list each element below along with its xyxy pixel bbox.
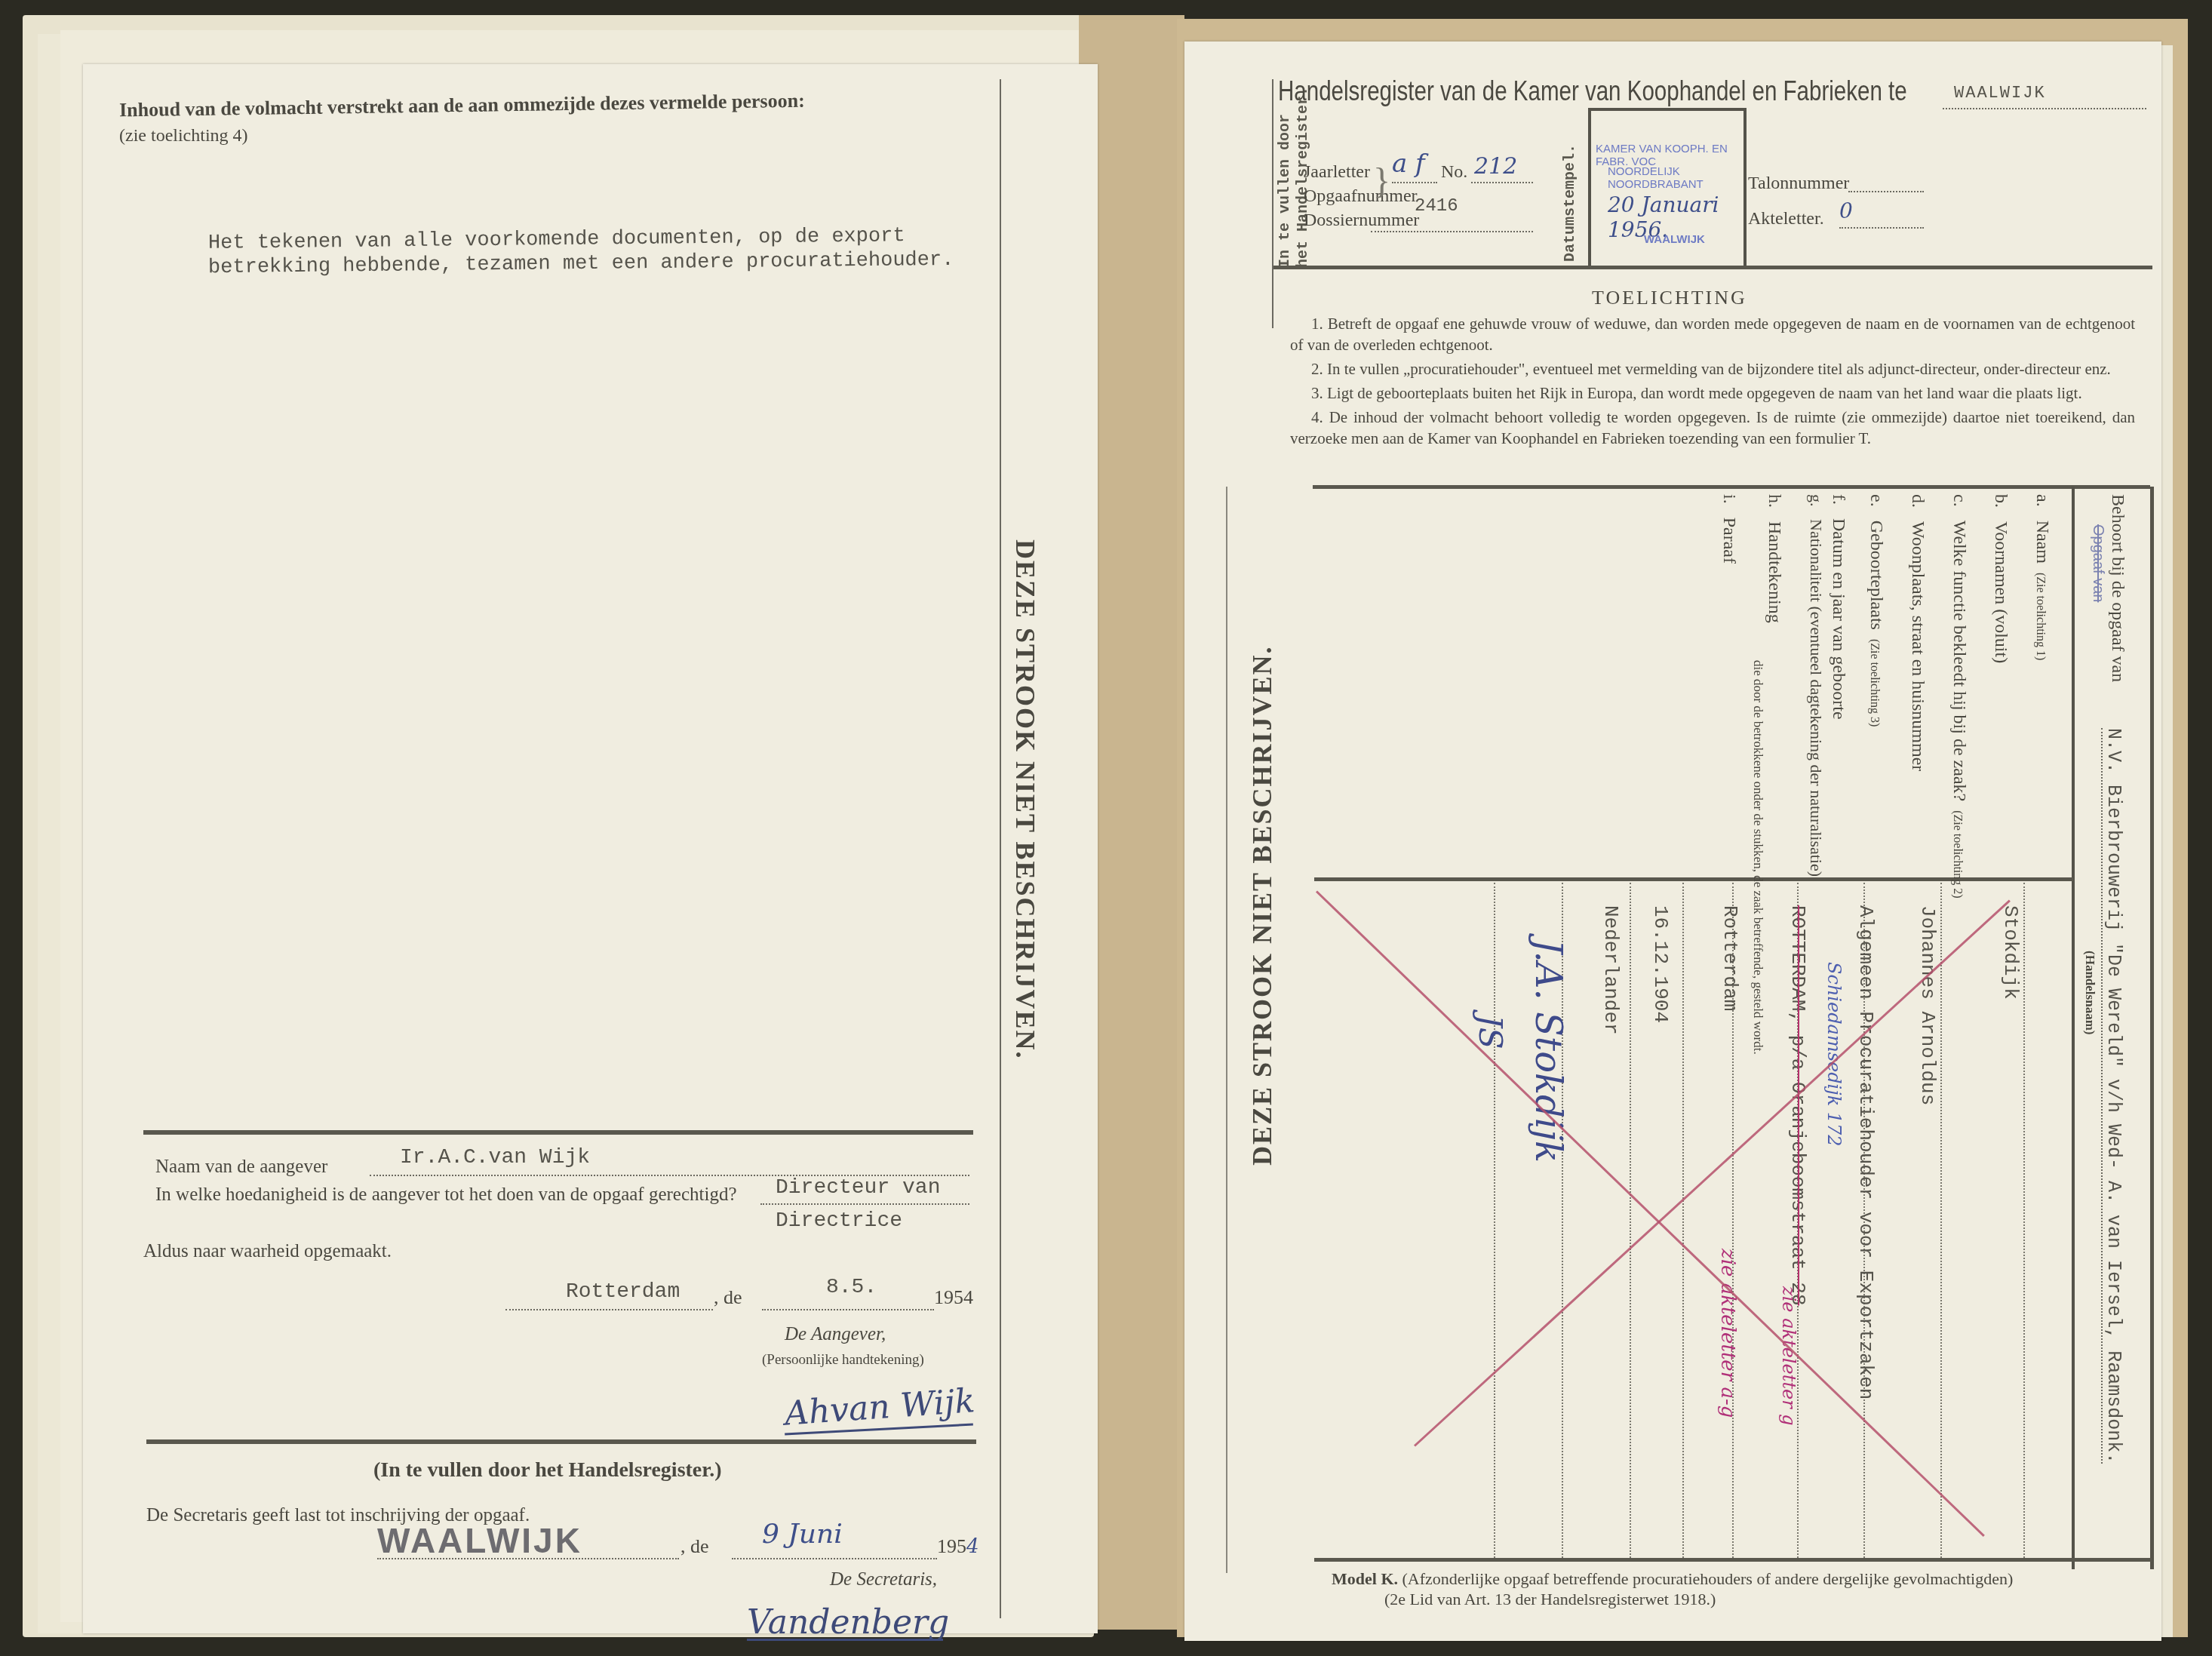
form-footer: Model K. (Afzonderlijke opgaaf betreffen… xyxy=(1332,1569,2013,1589)
left-page: Inhoud van de volmacht verstrekt aan de … xyxy=(83,64,1098,1633)
value-naam: Stokdijk xyxy=(1999,905,2022,1000)
row-note: (Zie toelichting 3) xyxy=(1868,639,1881,727)
side-label-border xyxy=(1272,79,1273,328)
toelichting-title: TOELICHTING xyxy=(1592,287,1747,309)
register-title: Handelsregister van de Kamer van Koophan… xyxy=(1278,75,1907,107)
row-label: Welke functie bekleedt hij bij de zaak? xyxy=(1949,521,1969,802)
row-e-label: e. Geboorteplaats (Zie toelichting 3) xyxy=(1866,494,1886,727)
jaarletter-value: a f xyxy=(1392,149,1425,179)
row-letter: e. xyxy=(1866,494,1886,507)
behoort-value: N.V. Bierbrouwerij "De Wereld" v/h Wed- … xyxy=(2101,728,2124,1464)
row-f-label: f. Datum en jaar van geboorte xyxy=(1828,494,1848,720)
table-right-border xyxy=(2072,487,2075,1569)
row-guide xyxy=(1682,883,1684,1558)
row-letter: h. xyxy=(1765,494,1784,508)
value-functie: Algemeen Procuratiehouder voor Exportzak… xyxy=(1854,905,1877,1399)
row-d-label: d. Woonplaats, straat en huisnummer xyxy=(1907,494,1928,771)
row-label: Handtekening xyxy=(1765,521,1784,623)
aangever-name-label: Naam van de aangever xyxy=(155,1157,327,1178)
row-letter: a. xyxy=(2032,494,2052,507)
toelichting-item: 4. De inhoud der volmacht behoort volled… xyxy=(1290,407,2135,449)
registry-date-field[interactable]: 9 Juni xyxy=(732,1535,937,1559)
row-a-label: a. Naam (Zie toelichting 1) xyxy=(2032,494,2052,660)
aangever-year-suffix: 4 xyxy=(963,1286,973,1308)
stamp-line1: KAMER VAN KOOPH. EN FABR. VOC xyxy=(1596,143,1743,168)
no-label: No. xyxy=(1441,162,1467,183)
registry-year: 1954 xyxy=(937,1535,979,1558)
jaarletter-field[interactable]: a f xyxy=(1392,162,1437,183)
row-letter: i. xyxy=(1719,494,1739,504)
row-g-label: g. Nationaliteit (eventueel dagtekening … xyxy=(1806,494,1826,856)
brace-icon: } xyxy=(1373,161,1390,202)
akteletter-field[interactable]: 0 xyxy=(1839,209,1924,229)
dossiernummer-field[interactable]: 2416 xyxy=(1371,211,1533,232)
row-letter: d. xyxy=(1908,494,1928,508)
value-nationaliteit: Nederlander xyxy=(1599,905,1622,1035)
registry-heading: (In te vullen door het Handelsregister.) xyxy=(373,1458,721,1482)
registry-place-field[interactable]: WAALWIJK xyxy=(377,1535,679,1559)
datumstempel-label: Datumstempel. xyxy=(1562,144,1579,262)
value-woonplaats: ROTTERDAM, p/a Oranjeboomstraat 28 xyxy=(1786,905,1809,1306)
no-value: 212 xyxy=(1474,153,1517,180)
strip-text-right: DEZE STROOK NIET BESCHRIJVEN. xyxy=(1246,645,1278,1166)
akteletter-label: Akteletter. xyxy=(1748,209,1824,229)
aangever-place-field[interactable]: Rotterdam xyxy=(505,1286,713,1310)
footer-line2: (2e Lid van Art. 13 der Handelsregisterw… xyxy=(1384,1590,1716,1609)
waalwijk-stamp: WAALWIJK xyxy=(377,1520,582,1561)
section-divider-bottom xyxy=(146,1439,976,1444)
talonnummer-field[interactable] xyxy=(1848,176,1924,192)
aangever-date-value: 8.5. xyxy=(826,1276,877,1299)
stamp-place: WAALWIJK xyxy=(1644,233,1705,246)
talonnummer-label: Talonnummer xyxy=(1748,174,1849,194)
value-geboorteplaats: Rotterdam xyxy=(1719,905,1741,1011)
aangever-year-prefix: 195 xyxy=(934,1286,963,1308)
registry-de-label: , de xyxy=(680,1535,709,1558)
footer-line1: (Afzonderlijke opgaaf betreffende procur… xyxy=(1402,1569,2014,1588)
row-label: Voornamen (voluit) xyxy=(1991,521,2011,663)
no-field[interactable]: 212 xyxy=(1471,162,1533,183)
behoort-label: Behoort bij de opgaaf van xyxy=(2107,494,2128,682)
register-place-value: WAALWIJK xyxy=(1954,84,2046,103)
value-paraaf: JS xyxy=(1472,1015,1509,1049)
right-page: Handelsregister van de Kamer van Koophan… xyxy=(1184,41,2161,1641)
page-right-border xyxy=(2150,487,2154,1569)
aangever-name-field[interactable]: Ir.A.C.van Wijk xyxy=(370,1151,969,1176)
toelichting-item: 3. Ligt de geboorteplaats buiten het Rij… xyxy=(1290,383,2135,404)
dossiernummer-value: 2416 xyxy=(1415,196,1458,217)
stamp-line2: NOORDELIJK NOORDBRABANT xyxy=(1608,165,1743,191)
cancel-cross-line2 xyxy=(1414,900,2011,1447)
secretary-title: De Secretaris, xyxy=(830,1569,937,1590)
row-i-label: i. Paraaf xyxy=(1719,494,1739,564)
row-c-label: c. Welke functie bekleedt hij bij de zaa… xyxy=(1949,494,1969,899)
table-bottom-rule xyxy=(1314,1558,2152,1562)
secretary-signature-underline xyxy=(747,1639,943,1641)
row-label: Paraaf xyxy=(1719,518,1739,564)
handelsnaam-note: (Handelsnaam) xyxy=(2082,951,2097,1034)
row-letter: f. xyxy=(1829,494,1848,505)
toelichting-list: 1. Betreft de opgaaf ene gehuwde vrouw o… xyxy=(1290,313,2135,449)
aangever-place-value: Rotterdam xyxy=(566,1280,680,1304)
row-note: (Zie toelichting 2) xyxy=(1951,810,1964,898)
row-guide xyxy=(1940,883,1942,1558)
registry-date-value: 9 Juni xyxy=(762,1519,843,1550)
header-divider xyxy=(1273,266,2152,269)
row-guide xyxy=(2023,883,2025,1558)
row-letter: g. xyxy=(1807,494,1826,507)
row-guide xyxy=(1494,883,1495,1558)
aangever-name-value: Ir.A.C.van Wijk xyxy=(400,1146,590,1169)
aangever-title: De Aangever, xyxy=(785,1324,886,1345)
register-place-field[interactable]: WAALWIJK xyxy=(1943,87,2146,109)
row-label: Geboorteplaats xyxy=(1866,521,1886,630)
table-top-rule xyxy=(1313,485,2150,489)
akteletter-value: 0 xyxy=(1839,198,1853,223)
aangever-capacity-value2: Directrice xyxy=(776,1209,902,1233)
aangever-capacity-label: In welke hoedanigheid is de aangever tot… xyxy=(155,1184,737,1206)
value-voornamen: Johannes Arnoldus xyxy=(1916,905,1939,1105)
aangever-capacity-value1: Directeur van xyxy=(776,1176,940,1200)
row-guide xyxy=(1630,883,1631,1558)
row-note: (Zie toelichting 1) xyxy=(2034,573,2047,660)
model-label: Model K. xyxy=(1332,1569,1398,1588)
side-label-line1: In te vullen door xyxy=(1277,114,1294,268)
toelichting-item: 2. In te vullen „procuratiehouder", even… xyxy=(1290,358,2135,379)
aangever-de-label: , de xyxy=(714,1286,742,1309)
volmacht-heading: Inhoud van de volmacht verstrekt aan de … xyxy=(119,90,805,122)
aangever-year: 1954 xyxy=(934,1286,973,1309)
row-label: Nationaliteit (eventueel dagtekening der… xyxy=(1807,519,1826,877)
jaarletter-label: Jaarletter xyxy=(1304,162,1370,183)
row-letter: b. xyxy=(1991,494,2011,508)
volmacht-heading-note: (zie toelichting 4) xyxy=(119,126,248,146)
section-divider-top xyxy=(143,1130,973,1135)
toelichting-item: 1. Betreft de opgaaf ene gehuwde vrouw o… xyxy=(1290,313,2135,355)
row-label: Woonplaats, straat en huisnummer xyxy=(1908,521,1928,771)
registry-year-suffix: 4 xyxy=(966,1535,979,1558)
aangever-date-field[interactable]: 8.5. xyxy=(762,1286,934,1310)
row-label: Naam xyxy=(2032,521,2052,564)
row-letter: c. xyxy=(1949,494,1969,507)
aangever-capacity-field[interactable]: Directeur van xyxy=(760,1181,969,1205)
value-geboortedatum: 16.12.1904 xyxy=(1649,905,1672,1023)
registry-year-prefix: 195 xyxy=(937,1535,966,1557)
strip-border xyxy=(1226,487,1227,1573)
annotation-geboorteplaats: zie akteletter a-g xyxy=(1716,1249,1739,1418)
form-border-right xyxy=(1000,79,1001,1618)
strip-text-left: DEZE STROOK NIET BESCHRIJVEN. xyxy=(1009,539,1041,1060)
opgaaf-van-stamp: Opgaaf van xyxy=(2089,524,2106,602)
row-label: Datum en jaar van geboorte xyxy=(1829,518,1848,720)
date-stamp-box: KAMER VAN KOOPH. EN FABR. VOC NOORDELIJK… xyxy=(1588,108,1747,269)
row-h-note: die door de betrokkene onder de stukken,… xyxy=(1750,660,1765,1055)
opgaafnummer-label: Opgaafnummer xyxy=(1304,186,1418,207)
secretary-signature: Vandenberg xyxy=(747,1603,949,1642)
row-h-label: h. Handtekening xyxy=(1764,494,1784,623)
row-b-label: b. Voornamen (voluit) xyxy=(1990,494,2011,663)
truth-label: Aldus naar waarheid opgemaakt. xyxy=(143,1241,392,1262)
aangever-signature-note: (Persoonlijke handtekening) xyxy=(762,1352,924,1369)
